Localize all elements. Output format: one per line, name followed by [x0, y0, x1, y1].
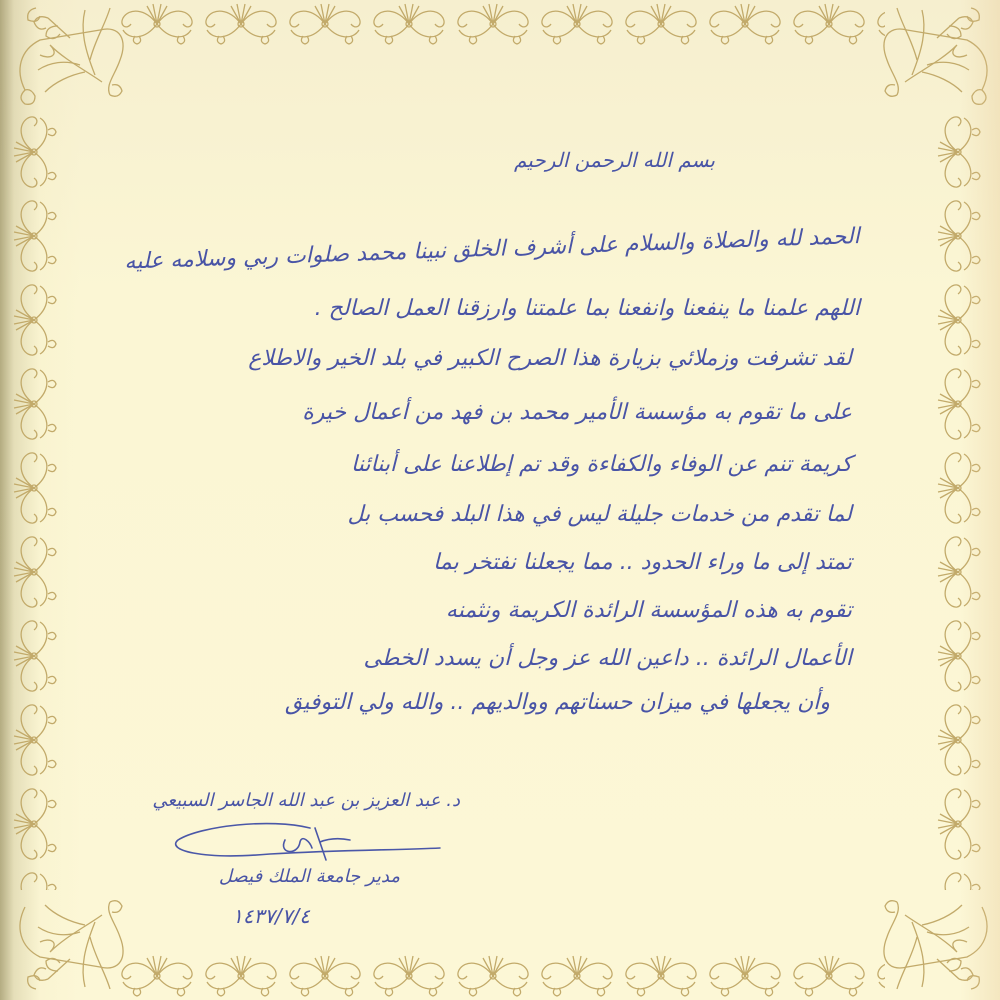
- body-line-6: لما تقدم من خدمات جليلة ليس في هذا البلد…: [348, 504, 852, 526]
- letter-date: ١٤٣٧/٧/٤: [232, 906, 310, 926]
- body-line-7: تمتد إلى ما وراء الحدود .. مما يجعلنا نف…: [433, 552, 852, 574]
- body-line-1: الحمد لله والصلاة والسلام على أشرف الخلق…: [124, 226, 860, 274]
- basmala-heading: بسم الله الرحمن الرحيم: [514, 150, 715, 170]
- body-line-10: وأن يجعلها في ميزان حسناتهم ووالديهم .. …: [285, 692, 830, 714]
- body-line-5: كريمة تنم عن الوفاء والكفاءة وقد تم إطلا…: [351, 454, 852, 476]
- body-line-2: اللهم علمنا ما ينفعنا وانفعنا بما علمتنا…: [315, 298, 860, 320]
- body-line-4: على ما تقوم به مؤسسة الأمير محمد بن فهد …: [302, 402, 852, 424]
- signature-icon: [160, 820, 450, 870]
- body-line-8: تقوم به هذه المؤسسة الرائدة الكريمة ونثم…: [446, 600, 852, 622]
- signatory-position: مدير جامعة الملك فيصل: [219, 868, 400, 886]
- letter-page: بسم الله الرحمن الرحيم الحمد لله والصلاة…: [0, 0, 1000, 1000]
- letter-body: بسم الله الرحمن الرحيم الحمد لله والصلاة…: [0, 0, 1000, 1000]
- signatory-name: د. عبد العزيز بن عبد الله الجاسر السبيعي: [152, 792, 460, 810]
- body-line-9: الأعمال الرائدة .. داعين الله عز وجل أن …: [364, 648, 852, 670]
- body-line-3: لقد تشرفت وزملائي بزيارة هذا الصرح الكبي…: [248, 348, 852, 370]
